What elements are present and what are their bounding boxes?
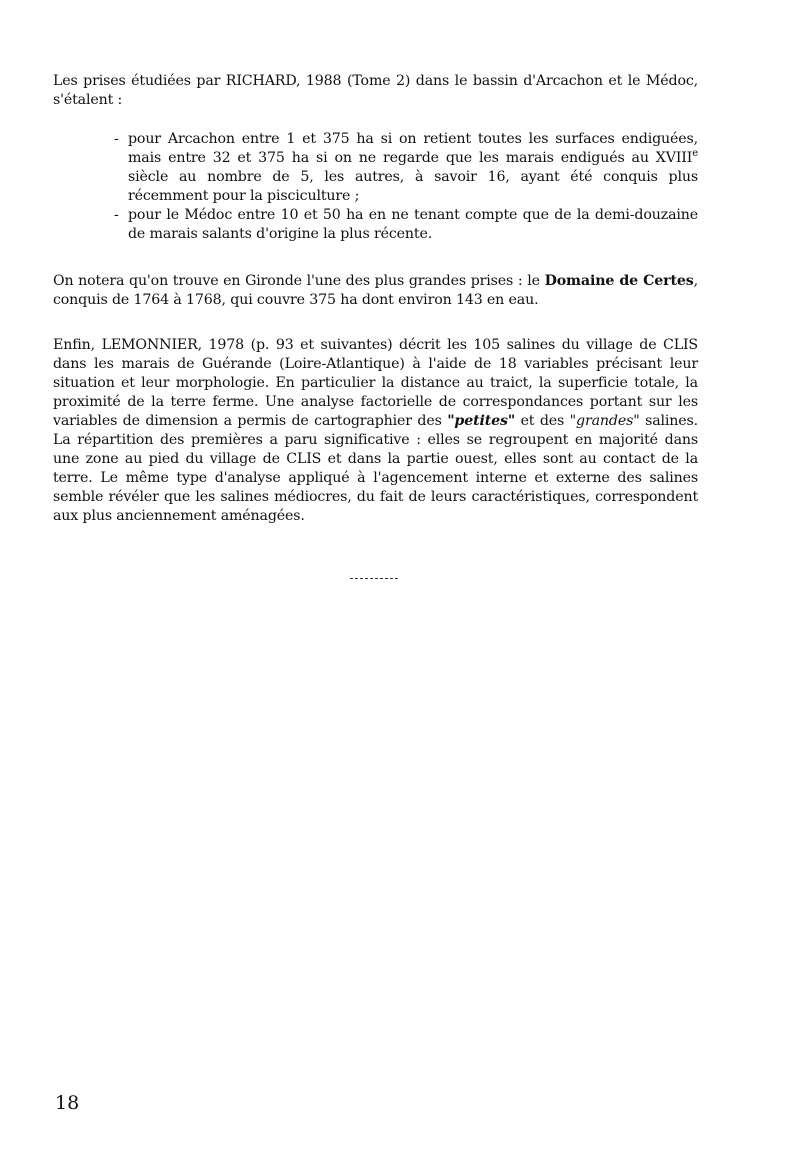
bullet-arcachon: - pour Arcachon entre 1 et 375 ha si on … (114, 130, 698, 206)
bullet-dash: - (114, 130, 119, 149)
document-page: Les prises étudiées par RICHARD, 1988 (T… (0, 0, 800, 1166)
paragraph-text: salines. La répartition des premières a … (53, 413, 698, 524)
domaine-de-certes: Domaine de Certes (545, 273, 694, 289)
paragraph-gironde: On notera qu'on trouve en Gironde l'une … (53, 272, 698, 310)
superscript: e (692, 148, 698, 159)
bullet-text-part: pour Arcachon entre 1 et 375 ha si on re… (128, 131, 698, 166)
bullet-medoc: - pour le Médoc entre 10 et 50 ha en ne … (114, 206, 698, 244)
italic-grandes: "grandes" (570, 413, 640, 429)
paragraph-richard: Les prises étudiées par RICHARD, 1988 (T… (53, 72, 698, 110)
paragraph-text: et des (515, 413, 570, 429)
paragraph-text: On notera qu'on trouve en Gironde l'une … (53, 273, 545, 289)
page-number: 18 (55, 1092, 79, 1114)
bullet-dash: - (114, 206, 119, 225)
italic-petites: "petites" (447, 413, 515, 429)
paragraph-text: Les prises étudiées par RICHARD, 1988 (T… (53, 73, 698, 108)
bullet-text: pour Arcachon entre 1 et 375 ha si on re… (114, 130, 698, 206)
bullet-text: pour le Médoc entre 10 et 50 ha en ne te… (114, 206, 698, 244)
bullet-text-part: siècle au nombre de 5, les autres, à sav… (128, 169, 698, 204)
paragraph-lemonnier: Enfin, LEMONNIER, 1978 (p. 93 et suivant… (53, 336, 698, 526)
section-separator (350, 578, 398, 579)
